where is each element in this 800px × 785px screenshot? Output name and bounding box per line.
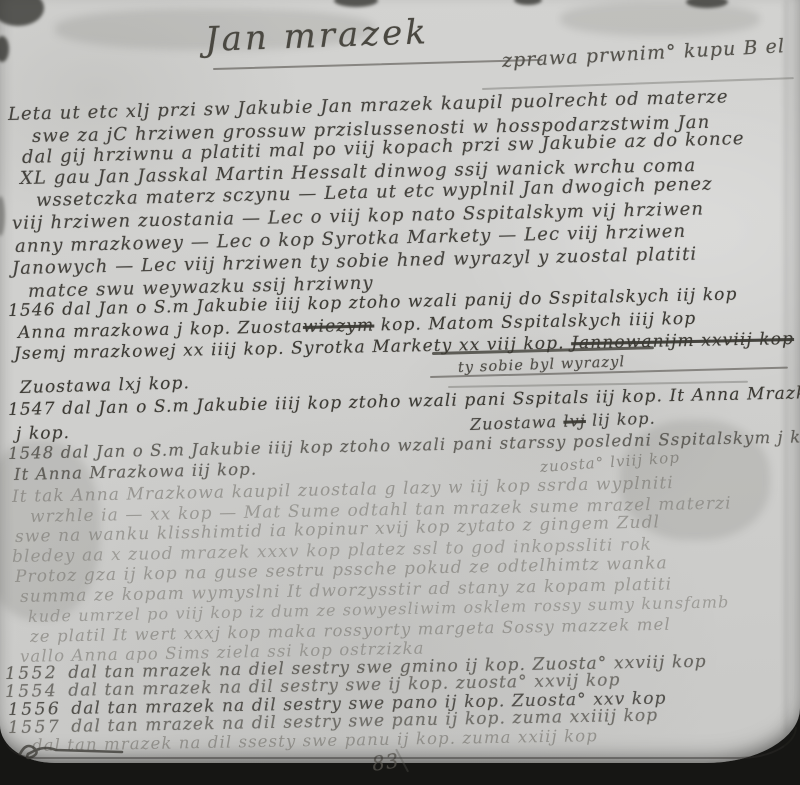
- manuscript-page: Jan mrazek zprawa prwnim° kupu B el Leta…: [0, 0, 800, 763]
- page-title: Jan mrazek: [204, 12, 429, 60]
- title-underline-flourish: [213, 59, 543, 70]
- manuscript-scan: Jan mrazek zprawa prwnim° kupu B el Leta…: [0, 0, 800, 785]
- balance-value: lij kop.: [585, 409, 656, 430]
- edge-smudge: [334, 0, 378, 7]
- header-note: zprawa prwnim° kupu B el: [501, 35, 785, 72]
- pen-flourish: [16, 738, 126, 764]
- balance-struck: lvj: [563, 411, 586, 431]
- entry-1546-balance: Zuostawa lxj kop.: [20, 373, 190, 398]
- edge-smudge: [0, 196, 5, 236]
- entry-1546-line2-struck: wiezym: [303, 316, 375, 337]
- edge-smudge: [514, 0, 542, 5]
- ink-bleedthrough: [560, 2, 760, 36]
- edge-smudge: [0, 36, 9, 62]
- edge-smudge: [0, 0, 44, 26]
- entry-1548-line2: It Anna Mrazkowa iij kop.: [14, 459, 258, 484]
- entry-1547-line2: j kop.: [16, 423, 70, 444]
- balance-label: Zuostawa: [470, 412, 564, 434]
